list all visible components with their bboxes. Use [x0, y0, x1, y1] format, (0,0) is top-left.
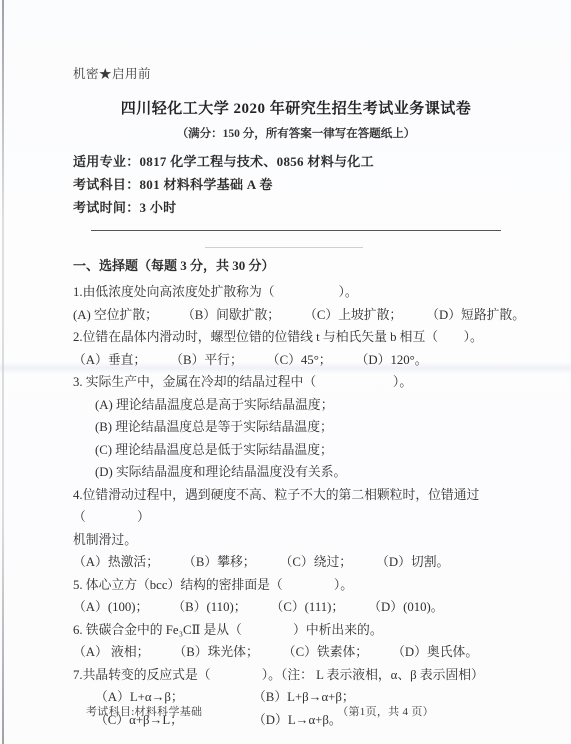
question-option: （C）上坡扩散； [304, 304, 402, 327]
question: 6. 铁碳合金中的 Fe₃CⅡ 是从（ ）中析出来的。（A） 液相；（B）珠光体… [73, 619, 519, 664]
meta-subject: 考试科目：801 材料科学基础 A 卷 [73, 173, 519, 196]
question-option: （D）120°。 [356, 349, 428, 372]
question-options: （A）(100)；（B）(110)；（C）(111)；（D）(010)。 [73, 596, 519, 619]
header-divider [91, 230, 501, 231]
question-stem: 3. 实际生产中，金属在冷却的结晶过程中（ ）。 [73, 371, 519, 394]
question-option: （B）珠光体； [173, 641, 258, 664]
question-option: (A) 理论结晶温度总是高于实际结晶温度； [73, 394, 519, 417]
question: 5. 体心立方（bcc）结构的密排面是（ ）。（A）(100)；（B）(110)… [73, 574, 519, 619]
question-option: （D）短路扩散。 [426, 304, 525, 327]
exam-paper-page: 机密★启用前 四川轻化工大学 2020 年研究生招生考试业务课试卷 （满分：15… [0, 0, 571, 744]
page-title: 四川轻化工大学 2020 年研究生招生考试业务课试卷 [73, 97, 519, 118]
question-options: （A）热激活；（B）攀移；（C）绕过；（D）切割。 [73, 551, 519, 574]
question-stem: 机制滑过。 [73, 529, 519, 552]
question-options: （A）垂直；（B）平行；（C）45°；（D）120°。 [73, 349, 519, 372]
question-stem: 7.共晶转变的反应式是（ ）。（注： L 表示液相，α、β 表示固相） [73, 664, 519, 687]
question-option: (A) 空位扩散； [73, 304, 158, 327]
question: 2.位错在晶体内滑动时，螺型位错的位错线 t 与柏氏矢量 b 相互（ ）。（A）… [73, 326, 519, 371]
question-options: (A) 空位扩散；（B）间歇扩散；（C）上坡扩散；（D）短路扩散。 [73, 304, 519, 327]
exam-meta: 适用专业：0817 化学工程与技术、0856 材料与化工 考试科目：801 材料… [73, 150, 519, 219]
question-option: (D) 实际结晶温度和理论结晶温度没有关系。 [73, 461, 519, 484]
question-option: (C) 理论结晶温度总是低于实际结晶温度； [73, 439, 519, 462]
question-option: （D）切割。 [376, 551, 449, 574]
meta-majors: 适用专业：0817 化学工程与技术、0856 材料与化工 [73, 150, 519, 173]
page-content: 机密★启用前 四川轻化工大学 2020 年研究生招生考试业务课试卷 （满分：15… [73, 0, 519, 731]
question-stem: 6. 铁碳合金中的 Fe₃CⅡ 是从（ ）中析出来的。 [73, 619, 519, 642]
section-title: 一、选择题（每题 3 分，共 30 分） [73, 255, 519, 274]
question: 4.位错滑动过程中，遇到硬度不高、粒子不大的第二相颗粒时，位错通过（ ）机制滑过… [73, 484, 519, 574]
classification-label: 机密★启用前 [73, 64, 519, 82]
question-options: （A） 液相；（B）珠光体；（C）铁素体；（D）奥氏体。 [73, 641, 519, 664]
question-option: （A）热激活； [73, 551, 159, 574]
question-option: （C）铁素体； [283, 641, 368, 664]
question-list: 1.由低浓度处向高浓度处扩散称为（ ）。(A) 空位扩散；（B）间歇扩散；（C）… [73, 281, 519, 731]
question-stem: 4.位错滑动过程中，遇到硬度不高、粒子不大的第二相颗粒时，位错通过（ ） [73, 484, 519, 529]
scan-edge-artifact [2, 0, 4, 744]
question: 1.由低浓度处向高浓度处扩散称为（ ）。(A) 空位扩散；（B）间歇扩散；（C）… [73, 281, 519, 326]
page-subtitle: （满分：150 分，所有答案一律写在答题纸上） [73, 125, 519, 141]
question-option: （B）(110)； [172, 596, 246, 619]
question-option: （A）垂直； [73, 349, 146, 372]
question-option: （C）绕过； [280, 551, 353, 574]
question-option: （B）攀移； [183, 551, 256, 574]
footer-subject: 考试科目:材料科学基础 [86, 703, 202, 719]
question: 3. 实际生产中，金属在冷却的结晶过程中（ ）。(A) 理论结晶温度总是高于实际… [73, 371, 519, 484]
question-option: （B）间歇扩散； [182, 304, 280, 327]
question-option: （C）45°； [267, 349, 332, 372]
footer-page-number: （第1页，共 4 页） [337, 703, 434, 719]
question-option: （C）(111)； [271, 596, 345, 619]
question-option: （D）奥氏体。 [392, 641, 478, 664]
page-footer: 考试科目:材料科学基础 （第1页，共 4 页） [86, 703, 434, 719]
question-option: (B) 理论结晶温度总是等于实际结晶温度； [73, 416, 519, 439]
question-stem: 1.由低浓度处向高浓度处扩散称为（ ）。 [73, 281, 519, 304]
question: 7.共晶转变的反应式是（ ）。（注： L 表示液相，α、β 表示固相）（A）L+… [73, 664, 519, 732]
meta-duration: 考试时间：3 小时 [73, 196, 519, 219]
question-option: （A） 液相； [73, 641, 149, 664]
question-option: （B）平行； [170, 349, 243, 372]
question-option: （D）(010)。 [368, 596, 443, 619]
question-stem: 5. 体心立方（bcc）结构的密排面是（ ）。 [73, 574, 519, 597]
question-stem: 2.位错在晶体内滑动时，螺型位错的位错线 t 与柏氏矢量 b 相互（ ）。 [73, 326, 519, 349]
question-option: （A）(100)； [73, 596, 148, 619]
